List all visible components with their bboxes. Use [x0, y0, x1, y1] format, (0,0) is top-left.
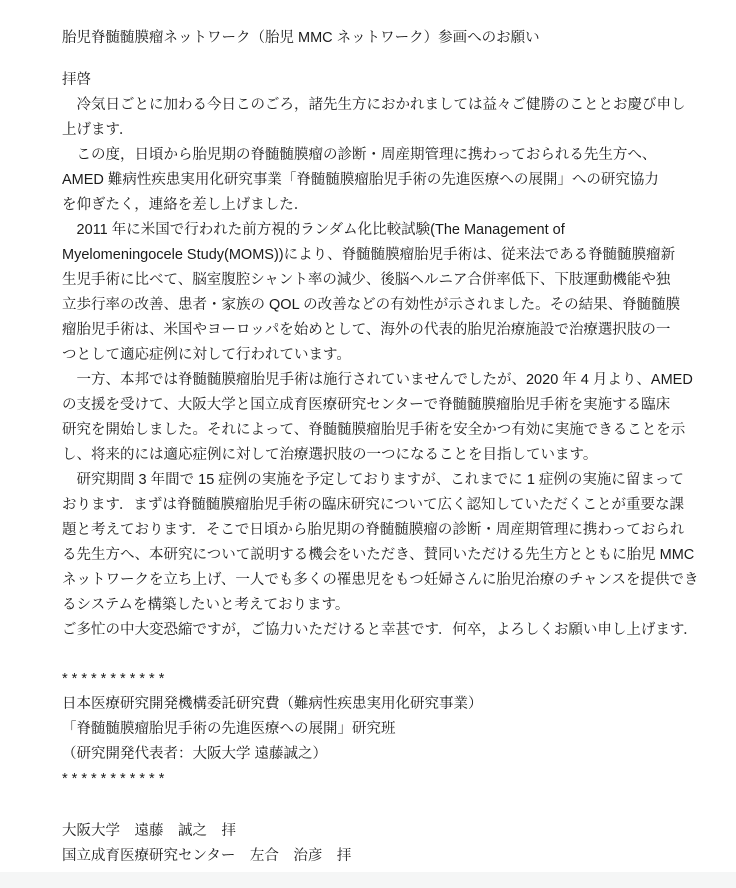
separator-row: * * * * * * * * * * * — [62, 767, 696, 792]
body-paragraphs: 冷気日ごとに加わる今日このごろ，諸先生方におかれましては益々ご健勝のこととお慶び… — [62, 93, 696, 643]
body-line: る先生方へ、本研究について説明する機会をいただき、賛同いただける先生方とともに胎… — [62, 543, 696, 568]
body-line: 研究期間 3 年間で 15 症例の実施を予定しておりますが、これまでに 1 症例… — [62, 468, 696, 493]
body-line: 上げます． — [62, 118, 696, 143]
body-line: を仰ぎたく，連絡を差し上げました． — [62, 193, 696, 218]
signature-line: 大阪大学 遠藤 誠之 拝 — [62, 819, 696, 844]
page-bottom-edge — [0, 872, 736, 888]
body-line: この度，日頃から胎児期の脊髄髄膜瘤の診断・周産期管理に携わっておられる先生方へ、 — [62, 143, 696, 168]
body-line: 生児手術に比べて、脳室腹腔シャント率の減少、後脳ヘルニア合併率低下、下肢運動機能… — [62, 268, 696, 293]
body-line: つとして適応症例に対して行われています。 — [62, 343, 696, 368]
salutation: 拝啓 — [62, 68, 696, 93]
body-line: 冷気日ごとに加わる今日このごろ，諸先生方におかれましては益々ご健勝のこととお慶び… — [62, 93, 696, 118]
program-line: （研究開発代表者：大阪大学 遠藤誠之） — [62, 742, 696, 767]
body-line: AMED 難病性疾患実用化研究事業「脊髄髄膜瘤胎児手術の先進医療への展開」への研… — [62, 168, 696, 193]
body-line: 瘤胎児手術は、米国やヨーロッパを始めとして、海外の代表的胎児治療施設で治療選択肢… — [62, 318, 696, 343]
body-line: ご多忙の中大変恐縮ですが，ご協力いただけると幸甚です．何卒，よろしくお願い申し上… — [62, 618, 696, 643]
program-block: * * * * * * * * * * * 日本医療研究開発機構委託研究費（難病… — [62, 667, 696, 792]
document-title: 胎児脊髄髄膜瘤ネットワーク（胎児 MMC ネットワーク）参画へのお願い — [62, 26, 696, 51]
body-line: ネットワークを立ち上げ、一人でも多くの罹患児をもつ妊婦さんに胎児治療のチャンスを… — [62, 568, 696, 593]
body-line: 立歩行率の改善、患者・家族の QOL の改善などの有効性が示されました。その結果… — [62, 293, 696, 318]
body-line: 2011 年に米国で行われた前方視的ランダム化比較試験(The Manageme… — [62, 218, 696, 243]
letter-document: 胎児脊髄髄膜瘤ネットワーク（胎児 MMC ネットワーク）参画へのお願い 拝啓 冷… — [0, 0, 736, 888]
body-line: の支援を受けて、大阪大学と国立成育医療研究センターで脊髄髄膜瘤胎児手術を実施する… — [62, 393, 696, 418]
body-line: るシステムを構築したいと考えております。 — [62, 593, 696, 618]
body-line: し、将来的には適応症例に対して治療選択肢の一つになることを目指しています。 — [62, 443, 696, 468]
body-line: Myelomeningocele Study(MOMS))により、脊髄髄膜瘤胎児… — [62, 243, 696, 268]
program-line: 「脊髄髄膜瘤胎児手術の先進医療への展開」研究班 — [62, 717, 696, 742]
body-line: 一方、本邦では脊髄髄膜瘤胎児手術は施行されていませんでしたが、2020 年 4 … — [62, 368, 696, 393]
letter-content: 胎児脊髄髄膜瘤ネットワーク（胎児 MMC ネットワーク）参画へのお願い 拝啓 冷… — [0, 0, 736, 869]
signature-line: 国立成育医療研究センター 左合 治彦 拝 — [62, 844, 696, 869]
body-line: 題と考えております．そこで日頃から胎児期の脊髄髄膜瘤の診断・周産期管理に携わって… — [62, 518, 696, 543]
body-line: おります．まずは脊髄髄膜瘤胎児手術の臨床研究について広く認知していただくことが重… — [62, 493, 696, 518]
separator-row: * * * * * * * * * * * — [62, 667, 696, 692]
signature-block: 大阪大学 遠藤 誠之 拝 国立成育医療研究センター 左合 治彦 拝 — [62, 819, 696, 869]
body-line: 研究を開始しました。それによって、脊髄髄膜瘤胎児手術を安全かつ有効に実施できるこ… — [62, 418, 696, 443]
program-line: 日本医療研究開発機構委託研究費（難病性疾患実用化研究事業） — [62, 692, 696, 717]
